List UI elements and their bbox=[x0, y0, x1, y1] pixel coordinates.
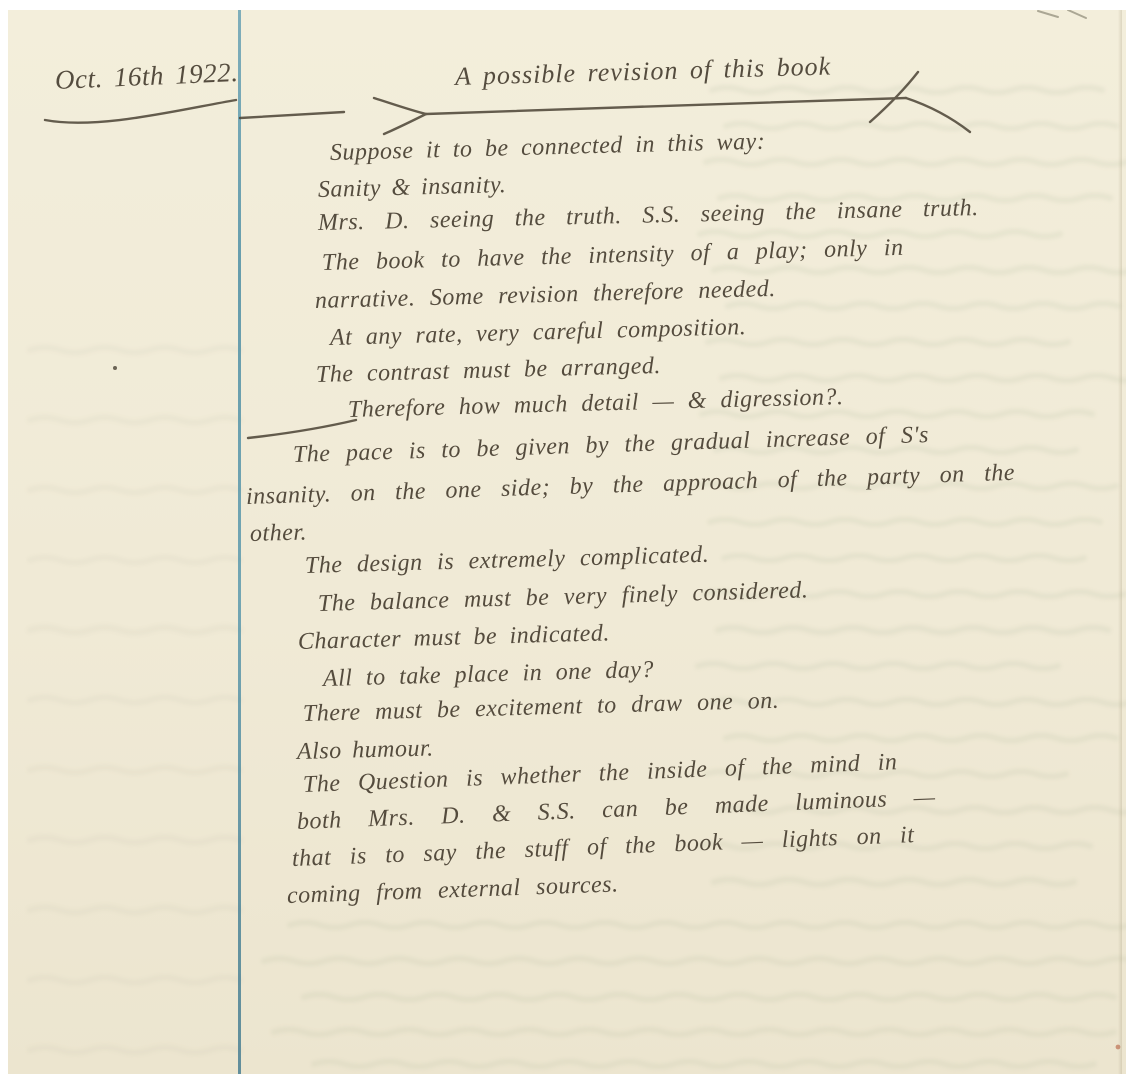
red-fleck bbox=[1116, 1045, 1121, 1050]
manuscript-line: Also humour. bbox=[297, 735, 434, 766]
manuscript-line: other. bbox=[250, 520, 308, 548]
corner-mark bbox=[1038, 10, 1086, 18]
title-flourish-tail bbox=[906, 98, 970, 132]
title-underline bbox=[426, 98, 906, 114]
title-flourish-slash bbox=[870, 72, 918, 122]
notebook-page: Oct. 16th 1922. A possible revision of t… bbox=[8, 10, 1126, 1074]
title-flourish-left-lower bbox=[384, 114, 426, 134]
paragraph-dash-mid bbox=[248, 420, 356, 438]
title-flourish-left-upper bbox=[374, 98, 426, 114]
paragraph-dash-top bbox=[240, 112, 344, 118]
ink-flourishes bbox=[8, 10, 1126, 1074]
ink-dot bbox=[113, 366, 117, 370]
manuscript-line: Sanity & insanity. bbox=[318, 172, 507, 204]
date-underline bbox=[45, 100, 236, 123]
